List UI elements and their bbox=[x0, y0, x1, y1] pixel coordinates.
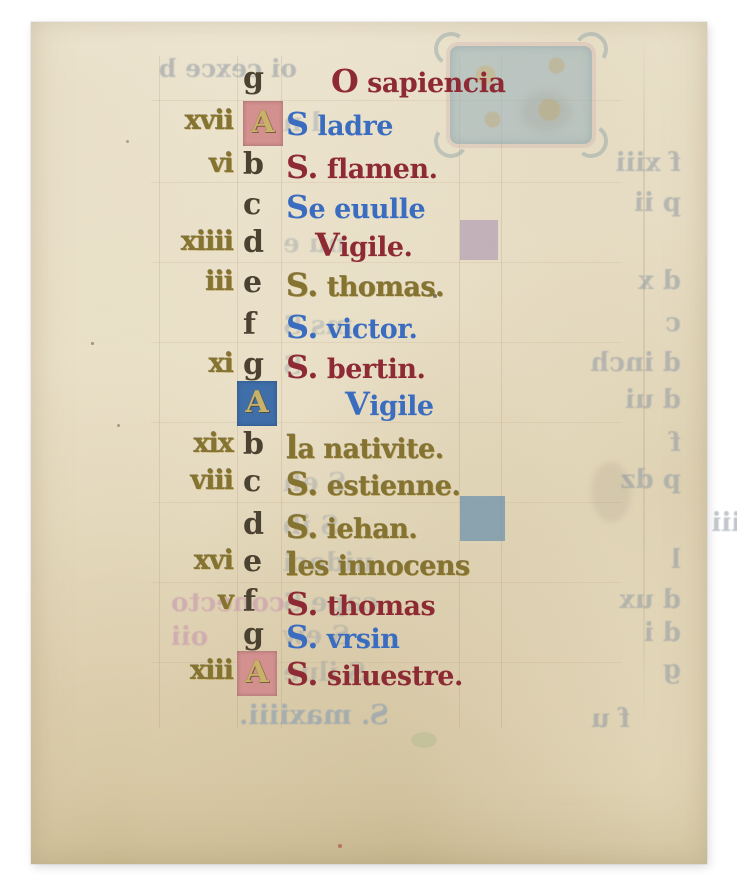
feast-entry: Vigile bbox=[345, 385, 434, 423]
calendar-row: g O sapiencia bbox=[31, 62, 707, 104]
dominical-letter: g bbox=[243, 62, 289, 96]
dominical-letter: c bbox=[243, 188, 289, 222]
bleedthrough-text: g bbox=[461, 655, 681, 685]
calendar-row: xiii A S ilue S. siluestre. g bbox=[31, 655, 707, 697]
bleedthrough-text: p dz bbox=[461, 465, 681, 495]
speck bbox=[126, 140, 129, 143]
bleedthrough-text: p ii bbox=[461, 188, 681, 218]
bleedthrough-text: d x bbox=[461, 266, 681, 296]
calendar-row: A Vigile d ui bbox=[31, 385, 707, 427]
calendar-row: iii e S. thomas. d x bbox=[31, 266, 707, 308]
feast-entry: S. thomas. bbox=[286, 266, 444, 304]
speck bbox=[91, 342, 94, 345]
feast-entry: la nativite. bbox=[286, 428, 444, 466]
bleedthrough-text: f xiii bbox=[461, 148, 681, 178]
calendar-row: f ms S S. victor. c bbox=[31, 308, 707, 350]
golden-number: iii bbox=[159, 266, 233, 297]
speck bbox=[433, 294, 437, 298]
dominical-letter: e bbox=[243, 266, 289, 300]
feast-entry: Se euulle bbox=[286, 188, 425, 226]
golden-number: xix bbox=[159, 428, 233, 459]
bleedthrough-text: d ux bbox=[461, 585, 681, 615]
bleedthrough-last-line: S. maxiiii. bbox=[239, 700, 389, 731]
golden-number: xiii bbox=[159, 655, 233, 686]
golden-number: xvii bbox=[159, 105, 233, 136]
calendar-row: xi g S S. bertin. d inch bbox=[31, 348, 707, 390]
golden-number: xiiii bbox=[159, 226, 233, 257]
dominical-letter: b bbox=[243, 428, 289, 462]
feast-entry: S ladre bbox=[286, 105, 393, 143]
feast-entry: S. victor. bbox=[286, 308, 417, 346]
bleedthrough-text: iiii bbox=[531, 508, 737, 538]
calendar-row: xiiii d nu e Vigile. bbox=[31, 226, 707, 268]
manuscript-leaf: oi cexce b conecto oii S. maxiiii. f u g… bbox=[31, 22, 707, 864]
bleedthrough-text: f u bbox=[591, 704, 630, 734]
bleedthrough-text: d inch bbox=[461, 348, 681, 378]
calendar-row: xvii A l n S ladre bbox=[31, 105, 707, 147]
dominical-letter-initial: A bbox=[237, 381, 277, 426]
feast-entry: les innocens bbox=[286, 545, 470, 583]
feast-entry: S. estienne. bbox=[286, 465, 461, 503]
bleedthrough-text: d i bbox=[461, 618, 681, 648]
golden-number: vi bbox=[159, 148, 233, 179]
calendar-row: xvi e uidoci les innocens l bbox=[31, 545, 707, 587]
stain bbox=[521, 92, 571, 132]
scan-background: { "document": { "kind": "Illuminated man… bbox=[0, 0, 737, 885]
bleedthrough-text: f bbox=[461, 428, 681, 458]
feast-entry: Vigile. bbox=[315, 226, 412, 264]
bleedthrough-text: d ui bbox=[461, 385, 681, 415]
calendar-row: vi b S. flamen. f xiii bbox=[31, 148, 707, 190]
bleedthrough-text: l bbox=[461, 545, 681, 575]
feast-entry: S. bertin. bbox=[286, 348, 425, 386]
speck bbox=[117, 424, 120, 427]
golden-number: xvi bbox=[159, 545, 233, 576]
feast-entry: S. iehan. bbox=[286, 508, 417, 546]
dominical-letter: b bbox=[243, 148, 289, 182]
speck bbox=[338, 844, 342, 848]
stain bbox=[591, 462, 631, 522]
golden-number: xi bbox=[159, 348, 233, 379]
golden-number: v bbox=[159, 585, 233, 616]
calendar-row: c Se euulle p ii bbox=[31, 188, 707, 230]
feast-entry: O sapiencia bbox=[331, 62, 506, 100]
stain bbox=[411, 732, 437, 748]
feast-entry: S. siluestre. bbox=[286, 655, 463, 693]
calendar-row: g S ew S. vrsin d i bbox=[31, 618, 707, 660]
golden-number: viii bbox=[159, 465, 233, 496]
feast-entry: S. vrsin bbox=[286, 618, 399, 656]
dominical-letter-initial: A bbox=[237, 651, 277, 696]
bleedthrough-text: c bbox=[461, 308, 681, 338]
feast-entry: S. flamen. bbox=[286, 148, 438, 186]
dominical-letter-initial: A bbox=[243, 101, 283, 146]
